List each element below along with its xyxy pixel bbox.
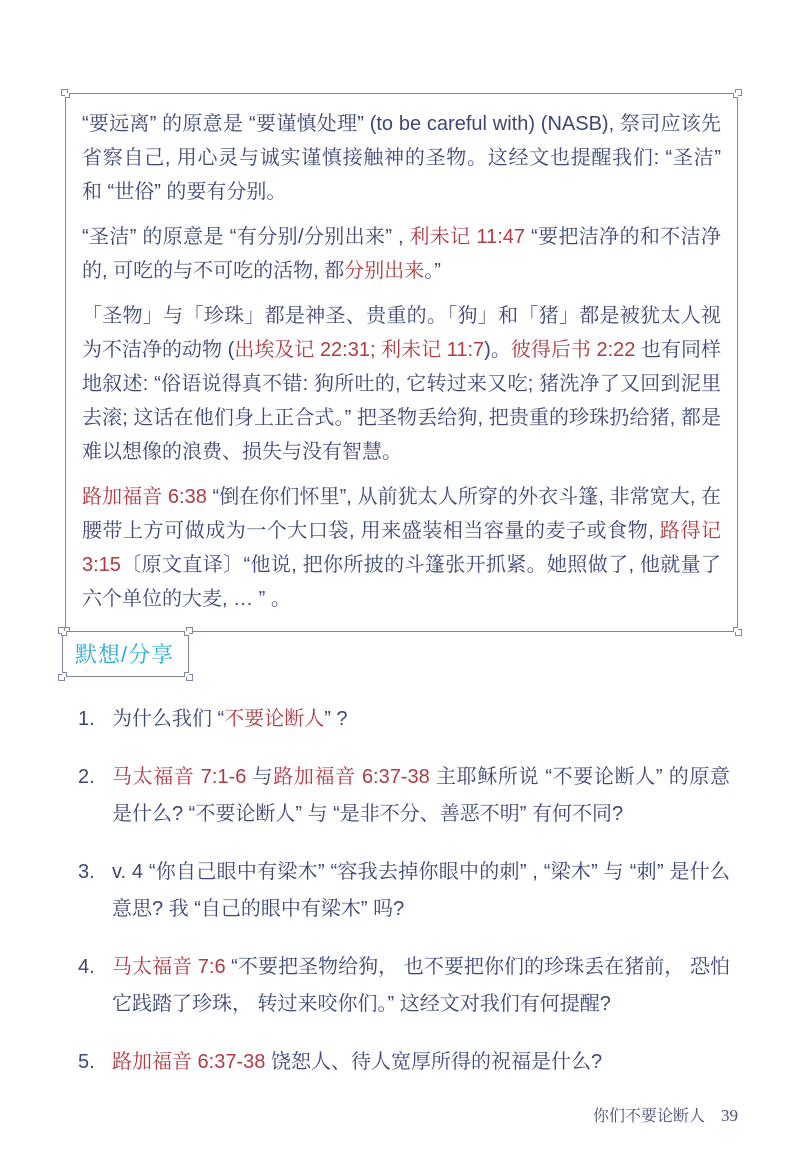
text-segment: ” ? (324, 708, 347, 730)
text-segment: 为什么我们 “ (112, 708, 224, 730)
text-segment: 出埃及记 22:31; 利未记 11:7 (234, 339, 484, 361)
question-item: 3.v. 4 “你自己眼中有梁木” “容我去掉你眼中的刺” , “梁木” 与 “… (78, 854, 730, 928)
text-segment: 饶恕人、待人宽厚所得的祝福是什么? (265, 1051, 602, 1073)
footer-page-number: 39 (721, 1106, 738, 1126)
text-segment: )。 (484, 339, 511, 361)
question-item: 4.马太福音 7:6 “不要把圣物给狗， 也不要把你们的珍珠丢在猪前， 恐怕它践… (78, 949, 730, 1023)
question-text: 马太福音 7:6 “不要把圣物给狗， 也不要把你们的珍珠丢在猪前， 恐怕它践踏了… (112, 949, 730, 1023)
text-segment: 不要论断人 (224, 708, 324, 730)
text-segment: 利未记 11:47 (409, 226, 525, 248)
question-number: 3. (78, 854, 112, 891)
corner-ornament (735, 629, 742, 636)
quote-paragraph: 「圣物」与「珍珠」都是神圣、贵重的。「狗」和「猪」都是被犹太人视为不洁净的动物 … (82, 299, 721, 469)
question-number: 5. (78, 1044, 112, 1081)
text-segment: 路加福音 6:37-38 (112, 1051, 265, 1073)
text-segment: 彼得后书 2:22 (511, 339, 636, 361)
text-segment: “圣洁” 的原意是 “有分别/分别出来” , (82, 226, 409, 248)
question-text: 路加福音 6:37-38 饶恕人、待人宽厚所得的祝福是什么? (112, 1044, 730, 1081)
question-number: 4. (78, 949, 112, 986)
footer-chapter-title: 你们不要论断人 (593, 1103, 705, 1126)
text-segment: 路加福音 6:37-38 (273, 766, 430, 788)
quote-box-content: “要远离” 的原意是 “要谨慎处理” (to be careful with) … (82, 107, 721, 616)
text-segment: “要远离” 的原意是 “要谨慎处理” (to be careful with) … (82, 113, 721, 203)
quote-paragraph: 路加福音 6:38 “倒在你们怀里”, 从前犹太人所穿的外衣斗篷, 非常宽大, … (82, 480, 721, 616)
text-segment: v. 4 “你自己眼中有梁木” “容我去掉你眼中的刺” , “梁木” 与 “刺”… (112, 861, 730, 920)
section-heading-label: 默想/分享 (75, 642, 174, 667)
page-footer: 你们不要论断人 39 (593, 1103, 738, 1126)
question-item: 2.马太福音 7:1-6 与路加福音 6:37-38 主耶稣所说 “不要论断人”… (78, 759, 730, 833)
questions-list: 1.为什么我们 “不要论断人” ?2.马太福音 7:1-6 与路加福音 6:37… (78, 701, 730, 1102)
question-number: 2. (78, 759, 112, 796)
corner-ornament (186, 674, 193, 681)
corner-ornament (58, 674, 65, 681)
text-segment: 马太福音 7:6 (112, 956, 226, 978)
corner-ornament (61, 89, 68, 96)
question-text: v. 4 “你自己眼中有梁木” “容我去掉你眼中的刺” , “梁木” 与 “刺”… (112, 854, 730, 928)
quote-box: “要远离” 的原意是 “要谨慎处理” (to be careful with) … (65, 93, 738, 632)
document-page: “要远离” 的原意是 “要谨慎处理” (to be careful with) … (0, 0, 790, 1170)
question-item: 5.路加福音 6:37-38 饶恕人、待人宽厚所得的祝福是什么? (78, 1044, 730, 1081)
quote-paragraph: “圣洁” 的原意是 “有分别/分别出来” , 利未记 11:47 “要把洁净的和… (82, 220, 721, 288)
text-segment: 马太福音 7:1-6 (112, 766, 246, 788)
question-item: 1.为什么我们 “不要论断人” ? (78, 701, 730, 738)
question-text: 马太福音 7:1-6 与路加福音 6:37-38 主耶稣所说 “不要论断人” 的… (112, 759, 730, 833)
corner-ornament (58, 627, 65, 634)
question-text: 为什么我们 “不要论断人” ? (112, 701, 730, 738)
text-segment: 分别出来 (344, 260, 424, 282)
section-heading-box: 默想/分享 (62, 631, 189, 677)
text-segment: 与 (246, 766, 273, 788)
quote-paragraph: “要远离” 的原意是 “要谨慎处理” (to be careful with) … (82, 107, 721, 209)
question-number: 1. (78, 701, 112, 738)
text-segment: 路加福音 6:38 (82, 486, 207, 508)
corner-ornament (186, 627, 193, 634)
text-segment: 〔原文直译〕“他说, 把你所披的斗篷张开抓紧。她照做了, 他就量了六个单位的大麦… (82, 554, 721, 610)
corner-ornament (735, 89, 742, 96)
text-segment: 。” (424, 260, 441, 282)
